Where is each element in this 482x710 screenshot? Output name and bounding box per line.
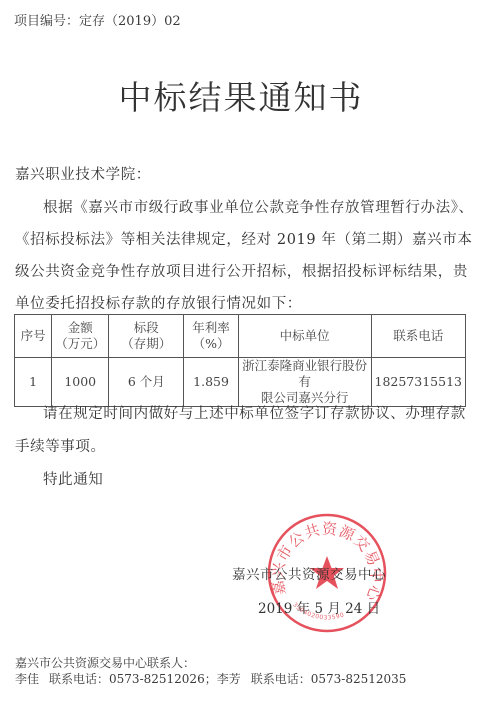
table-header-row: 序号 金额（万元） 标段（存期） 年利率（%） 中标单位 联系电话: [15, 315, 466, 358]
paragraph-1-line-4: 单位委托招投标存款的存放银行情况如下：: [15, 292, 302, 313]
table-row: 1 1000 6 个月 1.859 浙江泰隆商业银行股份有限公司嘉兴分行 182…: [15, 358, 466, 407]
addressee: 嘉兴职业技术学院：: [15, 163, 151, 184]
cell-phone: 18257315513: [371, 358, 466, 407]
header-winner: 中标单位: [238, 315, 371, 358]
contacts-line: 李佳联系电话：0573-82512026；李芳联系电话：0573-8251203…: [15, 670, 406, 687]
header-amount: 金额（万元）: [52, 315, 109, 358]
document-title: 中标结果通知书: [0, 72, 482, 119]
contact-name: 李佳: [15, 672, 39, 686]
contact-phone-label: 联系电话：: [251, 672, 311, 686]
contact-phone: 0573-82512035: [311, 672, 407, 686]
issuer-organization: 嘉兴市公共资源交易中心: [232, 563, 386, 583]
header-index: 序号: [15, 315, 52, 358]
cell-rate: 1.859: [184, 358, 239, 407]
cell-term: 6 个月: [109, 358, 184, 407]
header-rate: 年利率（%）: [184, 315, 239, 358]
paragraph-2-line-2: 手续等事项。: [15, 435, 106, 456]
header-term: 标段（存期）: [109, 315, 184, 358]
paragraph-1-line-3: 级公共资金竞争性存放项目进行公开招标，根据招投标评标结果，贵: [15, 260, 468, 281]
contacts-label: 嘉兴市公共资源交易中心联系人：: [15, 654, 195, 671]
closing-remark: 特此通知: [43, 468, 103, 489]
contact-phone: 0573-82512026；: [109, 672, 217, 686]
paragraph-1-line-2: 《招标投标法》等相关法律规定，经对 2019 年（第二期）嘉兴市本: [15, 228, 472, 249]
bid-results-table: 序号 金额（万元） 标段（存期） 年利率（%） 中标单位 联系电话 1 1000…: [14, 314, 466, 407]
cell-amount: 1000: [52, 358, 109, 407]
issue-date: 2019 年 5 月 24 日: [258, 597, 380, 617]
header-phone: 联系电话: [371, 315, 466, 358]
cell-winner: 浙江泰隆商业银行股份有限公司嘉兴分行: [238, 358, 371, 407]
paragraph-1-line-1: 根据《嘉兴市市级行政事业单位公款竞争性存放管理暂行办法》、: [43, 196, 474, 217]
cell-index: 1: [15, 358, 52, 407]
contact-phone-label: 联系电话：: [49, 672, 109, 686]
paragraph-2-line-1: 请在规定时间内做好与上述中标单位签字订存款协议、办理存款: [43, 402, 466, 423]
project-number: 项目编号：定存（2019）02: [14, 10, 181, 29]
contact-name: 李芳: [217, 672, 241, 686]
